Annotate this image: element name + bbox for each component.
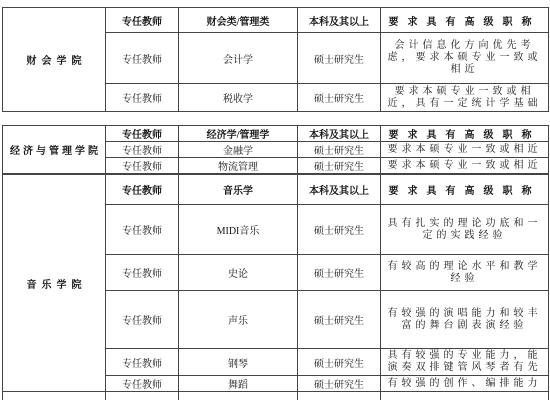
cutoff-row <box>3 392 549 400</box>
major-cell: 物流管理 <box>179 158 298 174</box>
position-cell: 专任教师 <box>106 84 179 112</box>
degree-header-cell: 本科及其以上 <box>298 126 381 142</box>
college-table-economics-management: 经济与管理学院 专任教师 经济学/管理学 本科及其以上 要求具有高级职称 专任教… <box>2 125 549 174</box>
position-header-cell: 专任教师 <box>106 126 179 142</box>
requirement-cell: 会计信息化方向优先考虑，要求本硕专业一致或相近 <box>381 33 549 84</box>
position-cell: 专任教师 <box>106 158 179 174</box>
empty-cell <box>298 392 381 400</box>
position-header-cell: 专任教师 <box>106 8 179 33</box>
degree-cell: 硕士研究生 <box>298 349 381 376</box>
major-cell: 史论 <box>179 255 298 291</box>
empty-cell <box>179 392 298 400</box>
major-category-header-cell: 音乐学 <box>179 175 298 205</box>
college-name-cell: 经济与管理学院 <box>3 126 106 174</box>
requirement-cell: 要求本硕专业一致或相近 <box>381 158 549 174</box>
position-cell: 专任教师 <box>106 33 179 84</box>
requirement-cell: 具有较强的专业能力，能演奏双排键管风琴者有先 <box>381 349 549 376</box>
requirement-cell: 有较高的理论水平和教学经验 <box>381 255 549 291</box>
major-cell: 舞蹈 <box>179 376 298 392</box>
requirement-cell: 要求本硕专业一致或相近，具有一定统计学基础 <box>381 84 549 112</box>
major-cell: 税收学 <box>179 84 298 112</box>
position-cell: 专任教师 <box>106 349 179 376</box>
requirement-cell: 有较强的演唱能力和较丰富的舞台剧表演经验 <box>381 291 549 349</box>
major-cell: 声乐 <box>179 291 298 349</box>
table-header-row: 音乐学院 专任教师 音乐学 本科及其以上 要求具有高级职称 <box>3 175 549 205</box>
degree-cell: 硕士研究生 <box>298 376 381 392</box>
college-name-cell: 音乐学院 <box>3 175 106 392</box>
degree-cell: 硕士研究生 <box>298 142 381 158</box>
degree-header-cell: 本科及其以上 <box>298 8 381 33</box>
position-header-cell: 专任教师 <box>106 175 179 205</box>
requirement-header-cell: 要求具有高级职称 <box>381 126 549 142</box>
degree-header-cell: 本科及其以上 <box>298 175 381 205</box>
empty-cell <box>106 392 179 400</box>
requirement-cell: 要求本硕专业一致或相近 <box>381 142 549 158</box>
empty-cell <box>3 392 106 400</box>
position-cell: 专任教师 <box>106 255 179 291</box>
degree-cell: 硕士研究生 <box>298 255 381 291</box>
major-cell: MIDI音乐 <box>179 205 298 255</box>
table-header-row: 经济与管理学院 专任教师 经济学/管理学 本科及其以上 要求具有高级职称 <box>3 126 549 142</box>
degree-cell: 硕士研究生 <box>298 291 381 349</box>
major-cell: 钢琴 <box>179 349 298 376</box>
college-table-finance-accounting: 财会学院 专任教师 财会类/管理类 本科及其以上 要求具有高级职称 专任教师 会… <box>2 7 549 112</box>
college-table-music: 音乐学院 专任教师 音乐学 本科及其以上 要求具有高级职称 专任教师 MIDI音… <box>2 174 549 400</box>
major-cell: 会计学 <box>179 33 298 84</box>
recruitment-table-page: 财会学院 专任教师 财会类/管理类 本科及其以上 要求具有高级职称 专任教师 会… <box>2 7 548 400</box>
requirement-header-cell: 要求具有高级职称 <box>381 175 549 205</box>
major-cell: 金融学 <box>179 142 298 158</box>
table-header-row: 财会学院 专任教师 财会类/管理类 本科及其以上 要求具有高级职称 <box>3 8 549 33</box>
degree-cell: 硕士研究生 <box>298 158 381 174</box>
position-cell: 专任教师 <box>106 205 179 255</box>
degree-cell: 硕士研究生 <box>298 84 381 112</box>
table-section-gap <box>2 112 548 125</box>
requirement-cell: 有较强的创作、编排能力 <box>381 376 549 392</box>
major-category-header-cell: 经济学/管理学 <box>179 126 298 142</box>
position-cell: 专任教师 <box>106 142 179 158</box>
empty-cell <box>381 392 549 400</box>
requirement-header-cell: 要求具有高级职称 <box>381 8 549 33</box>
major-category-header-cell: 财会类/管理类 <box>179 8 298 33</box>
position-cell: 专任教师 <box>106 376 179 392</box>
degree-cell: 硕士研究生 <box>298 205 381 255</box>
requirement-cell: 具有扎实的理论功底和一定的实践经验 <box>381 205 549 255</box>
degree-cell: 硕士研究生 <box>298 33 381 84</box>
position-cell: 专任教师 <box>106 291 179 349</box>
college-name-cell: 财会学院 <box>3 8 106 112</box>
